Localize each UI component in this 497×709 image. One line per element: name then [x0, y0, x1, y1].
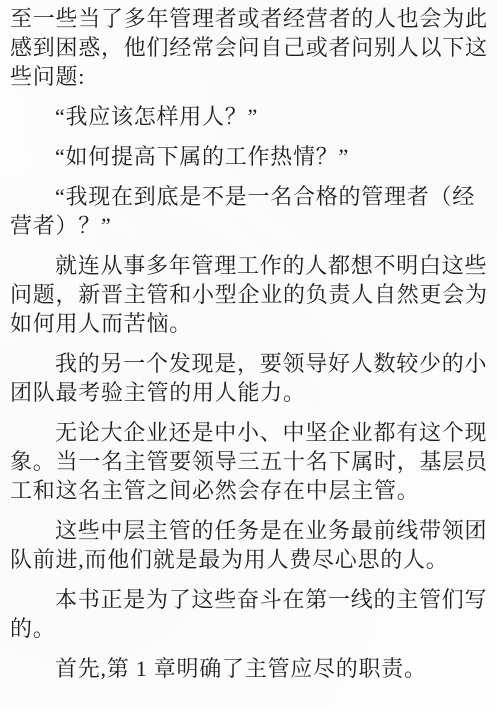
- text-line: 如何用人而苦恼。: [10, 309, 491, 338]
- text-line: 首先,第 1 章明确了主管应尽的职责。: [10, 654, 491, 683]
- text-line: “我应该怎样用人？”: [10, 102, 491, 131]
- text-line: “如何提高下属的工作热情？”: [10, 142, 491, 171]
- text-line: 的。: [10, 614, 491, 643]
- paragraph: “我现在到底是不是一名合格的管理者（经营者）？”: [10, 182, 491, 240]
- text-line: 至一些当了多年管理者或者经营者的人也会为此: [10, 4, 491, 33]
- paragraph: 无论大企业还是中小、中坚企业都有这个现象。当一名主管要领导三五十名下属时，基层员…: [10, 418, 491, 505]
- text-line: 问题，新晋主管和小型企业的负责人自然更会为: [10, 280, 491, 309]
- paragraph: 至一些当了多年管理者或者经营者的人也会为此感到困惑，他们经常会问自己或者问别人以…: [10, 4, 491, 91]
- paragraph: 这些中层主管的任务是在业务最前线带领团队前进,而他们就是最为用人费尽心思的人。: [10, 516, 491, 574]
- text-line: 队前进,而他们就是最为用人费尽心思的人。: [10, 545, 491, 574]
- paragraph: 本书正是为了这些奋斗在第一线的主管们写的。: [10, 585, 491, 643]
- text-line: 象。当一名主管要领导三五十名下属时，基层员: [10, 447, 491, 476]
- page-text-body: 至一些当了多年管理者或者经营者的人也会为此感到困惑，他们经常会问自己或者问别人以…: [10, 4, 491, 683]
- paragraph: “如何提高下属的工作热情？”: [10, 142, 491, 171]
- text-line: 就连从事多年管理工作的人都想不明白这些: [10, 251, 491, 280]
- text-line: 些问题:: [10, 62, 491, 91]
- text-line: 感到困惑，他们经常会问自己或者问别人以下这: [10, 33, 491, 62]
- text-line: 本书正是为了这些奋斗在第一线的主管们写: [10, 585, 491, 614]
- paragraph: “我应该怎样用人？”: [10, 102, 491, 131]
- text-line: “我现在到底是不是一名合格的管理者（经: [10, 182, 491, 211]
- paragraph: 首先,第 1 章明确了主管应尽的职责。: [10, 654, 491, 683]
- text-line: 我的另一个发现是，要领导好人数较少的小: [10, 349, 491, 378]
- book-page: 至一些当了多年管理者或者经营者的人也会为此感到困惑，他们经常会问自己或者问别人以…: [0, 0, 497, 709]
- text-line: 无论大企业还是中小、中坚企业都有这个现: [10, 418, 491, 447]
- text-line: 工和这名主管之间必然会存在中层主管。: [10, 476, 491, 505]
- text-line: 团队最考验主管的用人能力。: [10, 378, 491, 407]
- text-line: 营者）？”: [10, 211, 491, 240]
- paragraph: 我的另一个发现是，要领导好人数较少的小团队最考验主管的用人能力。: [10, 349, 491, 407]
- text-line: 这些中层主管的任务是在业务最前线带领团: [10, 516, 491, 545]
- paragraph: 就连从事多年管理工作的人都想不明白这些问题，新晋主管和小型企业的负责人自然更会为…: [10, 251, 491, 338]
